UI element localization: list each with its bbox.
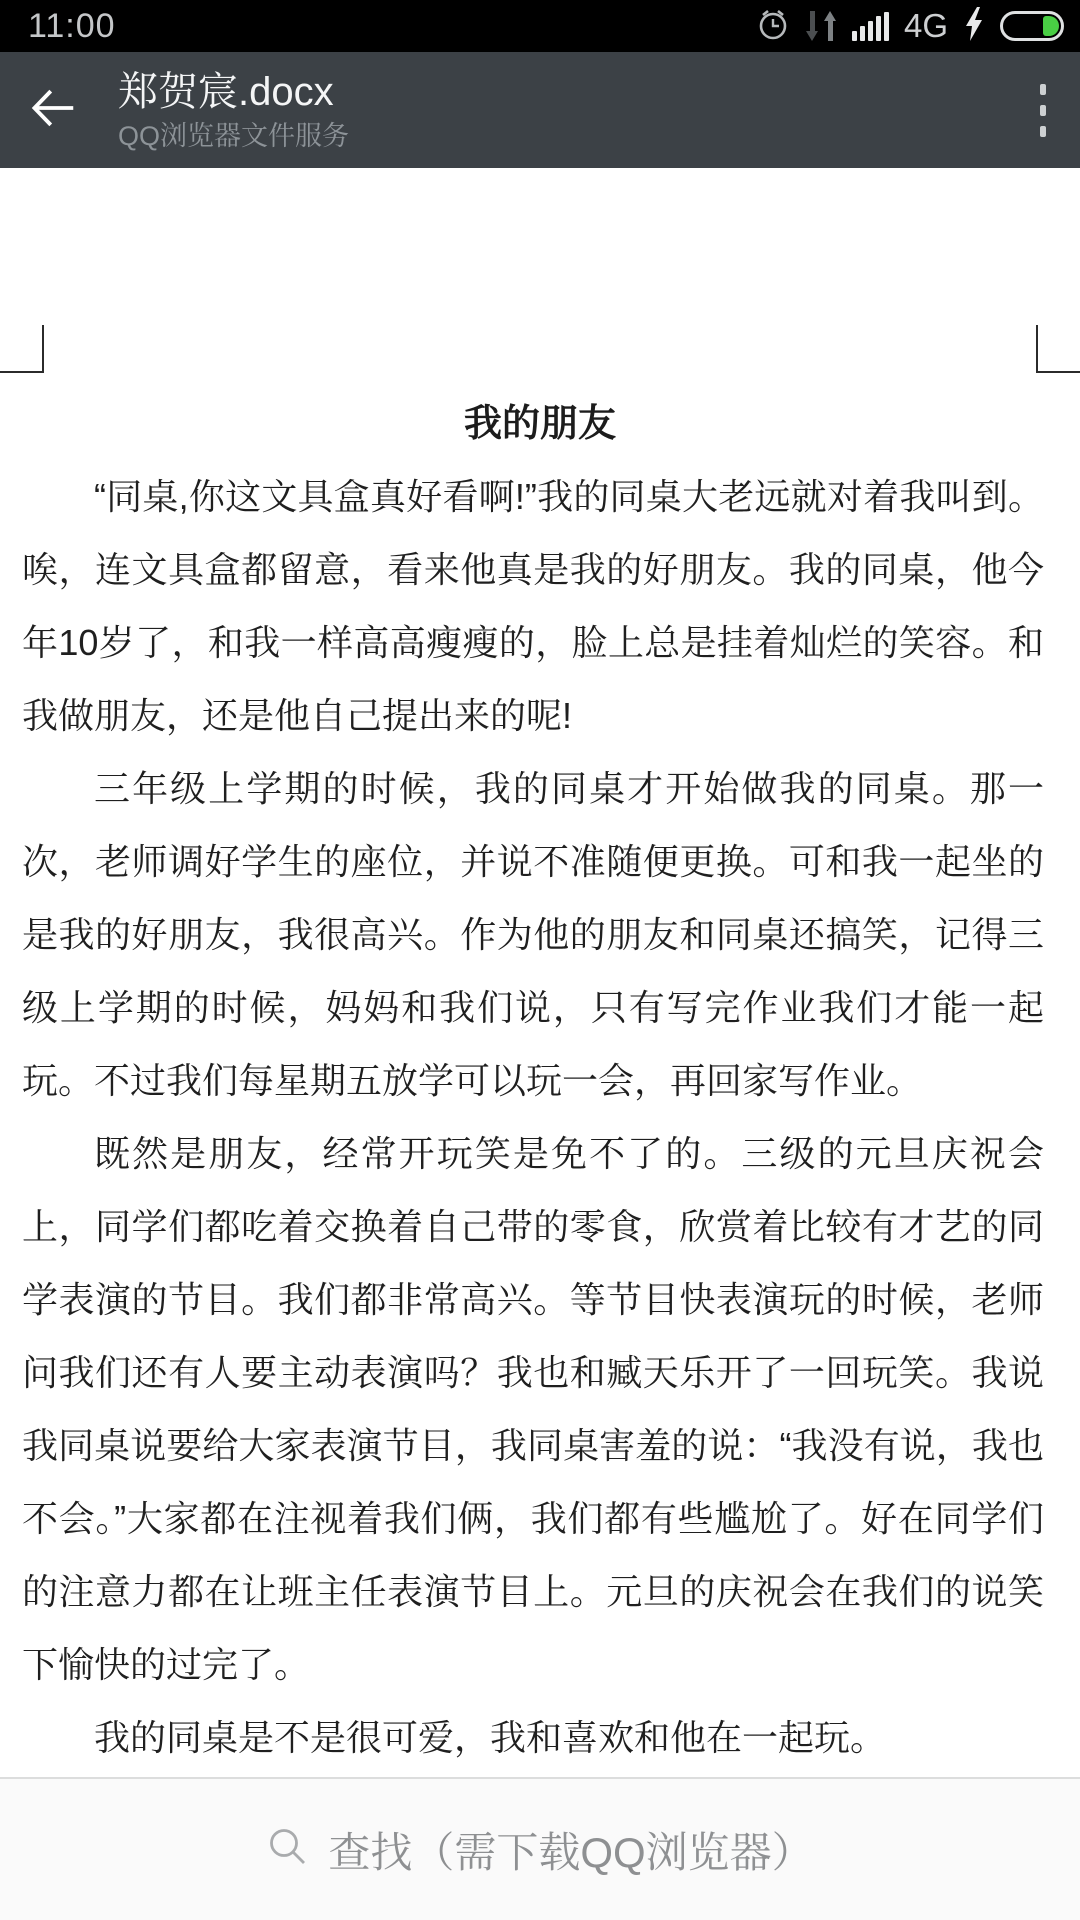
status-icons: 4G — [755, 6, 1064, 47]
data-arrows-icon — [806, 9, 837, 43]
file-title: 郑贺宸.docx — [118, 68, 1032, 116]
find-bar[interactable]: 查找（需下载QQ浏览器） — [0, 1777, 1080, 1920]
status-bar: 11:00 4G — [0, 0, 1080, 52]
search-icon — [266, 1825, 310, 1874]
title-bar: 郑贺宸.docx QQ浏览器文件服务 — [0, 52, 1080, 168]
screen: { "status_bar": { "time": "11:00", "netw… — [0, 0, 1080, 1920]
alarm-icon — [755, 6, 791, 47]
battery-level — [1043, 16, 1059, 36]
menu-dot — [1040, 126, 1046, 137]
overflow-menu-button[interactable] — [1032, 74, 1054, 147]
paragraph: 我的同桌是不是很可爱，我和喜欢和他在一起玩。 — [22, 1701, 1044, 1774]
back-button[interactable] — [26, 65, 96, 155]
document-viewer[interactable]: 我的朋友 “同桌,你这文具盒真好看啊!”我的同桌大老远就对着我叫到。唉，连文具盒… — [0, 168, 1080, 1777]
signal-icon — [852, 11, 889, 41]
menu-dot — [1040, 105, 1046, 116]
page-margin-corner-right — [1036, 325, 1080, 373]
menu-dot — [1040, 84, 1046, 95]
find-label: 查找（需下载QQ浏览器） — [328, 1820, 813, 1880]
network-type-label: 4G — [904, 7, 948, 45]
document-title: 我的朋友 — [0, 168, 1080, 450]
battery-icon — [1000, 11, 1064, 41]
paragraph: 既然是朋友，经常开玩笑是免不了的。三级的元旦庆祝会上，同学们都吃着交换着自己带的… — [22, 1117, 1044, 1701]
charging-icon — [963, 7, 985, 46]
back-arrow-icon — [26, 81, 80, 140]
clock-time: 11:00 — [28, 7, 116, 46]
page-margin-corner-left — [0, 325, 44, 373]
file-subtitle: QQ浏览器文件服务 — [118, 119, 1032, 153]
paragraph: “同桌,你这文具盒真好看啊!”我的同桌大老远就对着我叫到。唉，连文具盒都留意，看… — [22, 460, 1044, 752]
document-body: “同桌,你这文具盒真好看啊!”我的同桌大老远就对着我叫到。唉，连文具盒都留意，看… — [0, 450, 1080, 1774]
paragraph: 三年级上学期的时候，我的同桌才开始做我的同桌。那一次，老师调好学生的座位，并说不… — [22, 752, 1044, 1117]
header-text: 郑贺宸.docx QQ浏览器文件服务 — [118, 68, 1032, 153]
